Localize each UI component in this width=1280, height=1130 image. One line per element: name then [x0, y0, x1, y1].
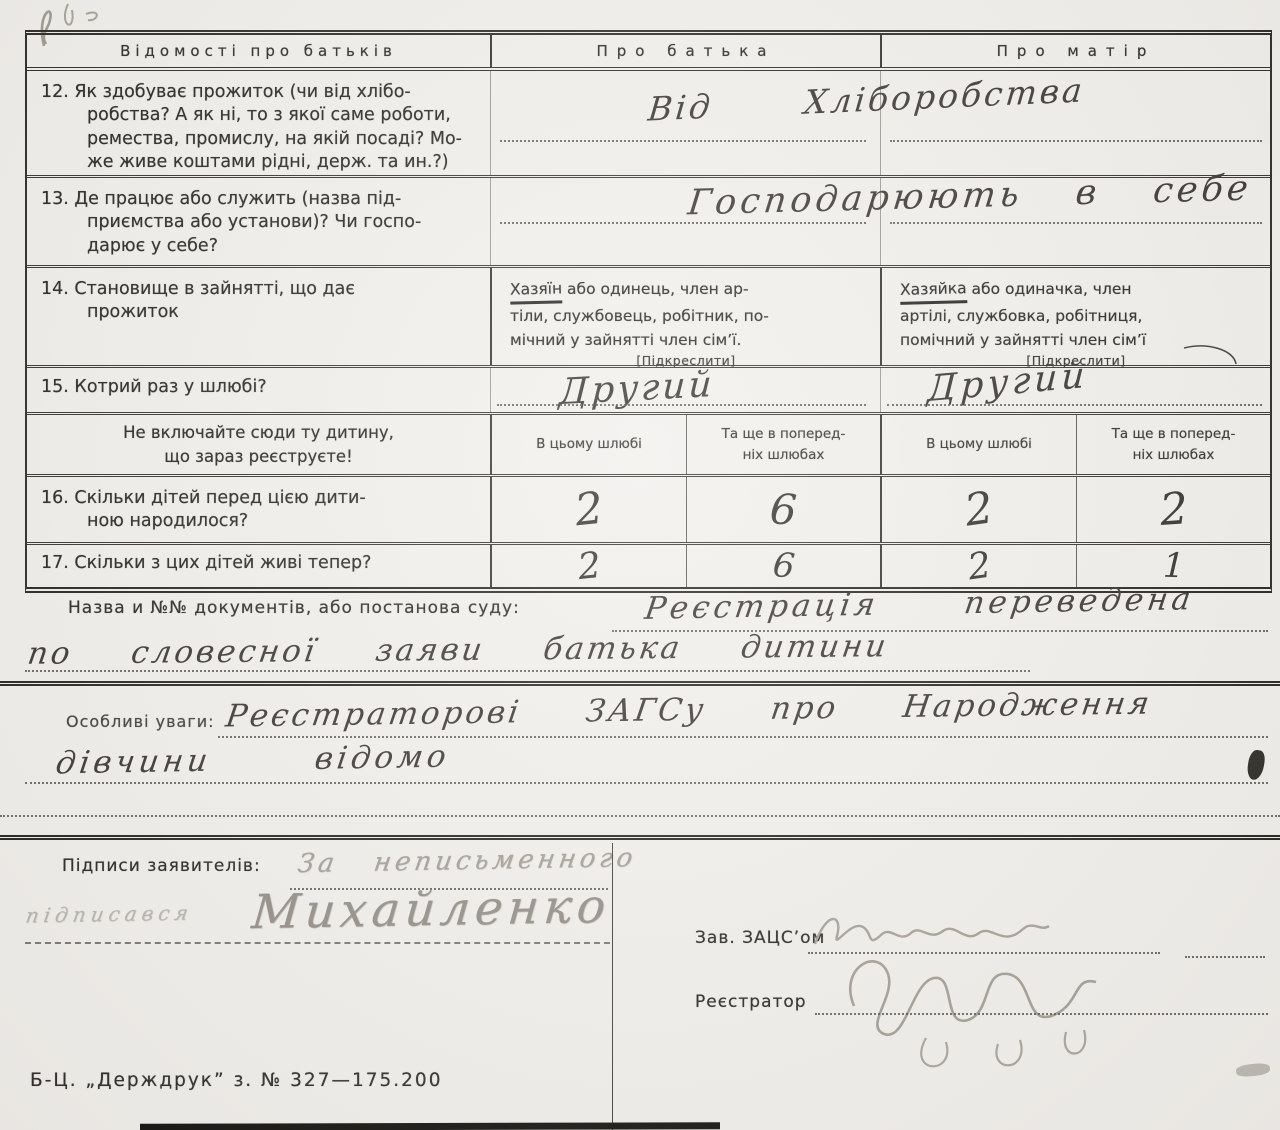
q13-mother-dotted-line — [890, 222, 1262, 224]
printing-house-imprint: Б-Ц. „Держдрук” з. № 327—175.200 — [30, 1070, 442, 1091]
question-16: 16. Скільки дітей перед цією дити- ною н… — [27, 477, 490, 542]
row-q14: 14. Становище в зайнятті, що дає прожито… — [27, 265, 1270, 365]
q17-value-father-this: 2 — [575, 544, 602, 587]
q14-father-options: Хазяїн або одинець, член ар- тіли, служб… — [490, 268, 880, 365]
father-status-underlined: Хазяїн — [510, 276, 563, 304]
q15-mother-dotted-line — [887, 404, 1262, 406]
col-header-father: Про батька — [490, 35, 880, 67]
signature-pencil-line1: За неписьменного — [296, 843, 639, 879]
registrar-label: Реєстратор — [695, 992, 807, 1012]
question-12: 12. Як здобуває прожиток (чи від хлібо- … — [27, 71, 490, 175]
q15-father-dotted-line — [497, 404, 866, 406]
exclude-child-note: Не включайте сюди ту дитину, що зараз ре… — [27, 415, 490, 474]
declarants-signatures-label: Підписи заявителів: — [62, 856, 261, 876]
remarks-label: Особливі уваги: — [66, 712, 215, 731]
q16-father-values: 2 6 — [490, 477, 880, 542]
q17-mother-values: 2 1 — [880, 545, 1270, 587]
remarks-line2-rule — [25, 782, 1268, 784]
q16-value-mother-this: 2 — [962, 482, 997, 536]
remarks-line1-handwriting: Реєстраторові ЗАГСу про Народження — [223, 685, 1154, 734]
question-15: 15. Котрий раз у шлюбі? — [27, 368, 490, 412]
mother-subcol-this-marriage: В цьому шлюбі — [882, 415, 1076, 474]
documents-line2-rule — [25, 670, 1030, 672]
pen-stroke — [1182, 344, 1242, 368]
table-header-row: Відомості про батьків Про батька Про мат… — [27, 35, 1270, 71]
scanned-birth-record-form: Відомості про батьків Про батька Про мат… — [0, 0, 1280, 1130]
section-divider-1 — [0, 681, 1280, 686]
remarks-bottom-rule — [0, 815, 1280, 817]
question-13: 13. Де працює або служить (назва під- пр… — [27, 178, 490, 265]
remarks-line1-rule — [218, 736, 1268, 738]
col-header-mother: Про матір — [880, 35, 1270, 67]
pencil-smudge — [1235, 1062, 1270, 1077]
mother-subcolumns: В цьому шлюбі Та ще в поперед- ніх шлюба… — [880, 415, 1270, 474]
father-subcol-previous-marriages: Та ще в поперед- ніх шлюбах — [686, 415, 880, 474]
row-q17: 17. Скільки з цих дітей живі тепер? 2 6 … — [27, 542, 1270, 587]
q12-father-dotted-line — [500, 140, 866, 142]
col-header-info: Відомості про батьків — [27, 35, 490, 67]
q16-value-father-this: 2 — [572, 483, 605, 537]
scan-edge-strip — [140, 1122, 720, 1130]
q14-mother-options: Хазяйка або одиначка, член артілі, служб… — [880, 268, 1270, 365]
section-divider-2 — [0, 835, 1280, 840]
documents-line2-handwriting: по словесної заяви батька дитини — [25, 628, 891, 672]
q13-father-dotted-line — [500, 222, 866, 224]
mother-subcol-previous-marriages: Та ще в поперед- ніх шлюбах — [1076, 415, 1270, 474]
declarant-signature-name: Михайленко — [250, 879, 613, 940]
signature-pencil-line2: підписався — [24, 901, 195, 928]
q17-value-mother-prev: 1 — [1162, 546, 1185, 587]
q17-father-values: 2 6 — [490, 545, 880, 587]
documents-label: Назва и №№ документів, або постанова суд… — [68, 598, 520, 618]
q16-value-father-prev: 6 — [768, 484, 798, 535]
father-subcol-this-marriage: В цьому шлюбі — [492, 415, 686, 474]
question-17: 17. Скільки з цих дітей живі тепер? — [27, 545, 490, 587]
mother-status-underlined: Хазяйка — [900, 276, 967, 305]
row-subheader: Не включайте сюди ту дитину, що зараз ре… — [27, 412, 1270, 474]
q17-value-mother-this: 2 — [965, 544, 993, 588]
registrar-signature — [830, 942, 1150, 1092]
q16-value-mother-prev: 2 — [1158, 483, 1189, 536]
q17-value-father-prev: 6 — [771, 545, 797, 587]
q12-mother-dotted-line — [890, 140, 1262, 142]
row-q16: 16. Скільки дітей перед цією дити- ною н… — [27, 474, 1270, 542]
q16-mother-values: 2 2 — [880, 477, 1270, 542]
ink-blot — [1246, 749, 1266, 781]
signature-line2-rule — [25, 942, 610, 944]
remarks-line2-handwriting: дівчини відомо — [53, 739, 452, 782]
father-subcolumns: В цьому шлюбі Та ще в поперед- ніх шлюба… — [490, 415, 880, 474]
signature-area-divider — [612, 843, 613, 1130]
question-14: 14. Становище в зайнятті, що дає прожито… — [27, 268, 490, 365]
registrar-signature-rule — [815, 1013, 1268, 1015]
zags-signature-rule-2 — [1185, 956, 1265, 958]
